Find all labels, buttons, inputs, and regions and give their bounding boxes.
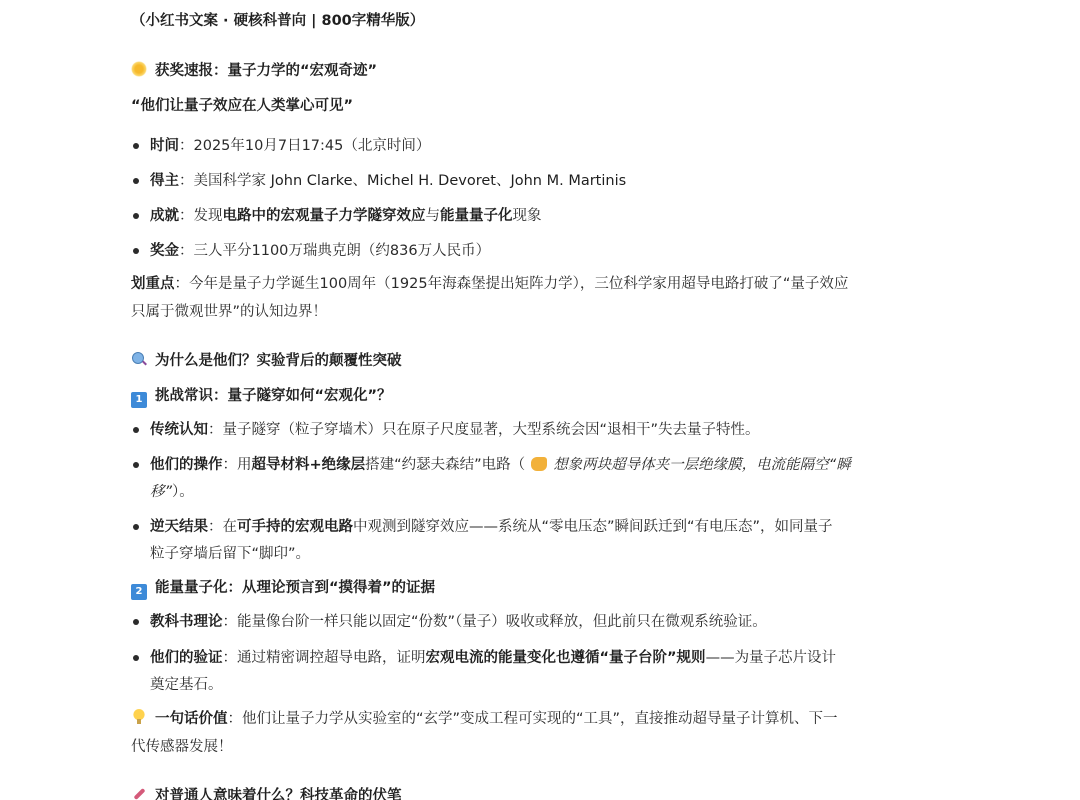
list-item: 教科书理论：能量像台阶一样只能以固定“份数”（量子）吸收或释放，但此前只在微观系… [150,612,767,632]
highlight-paragraph-cont: 只属于微观世界”的认知边界！ [131,302,327,322]
value-paragraph: 一句话价值：他们让量子力学从实验室的“玄学”变成工程可实现的“工具”，直接推动超… [131,709,838,729]
list-item: 成就：发现电路中的宏观量子力学隧穿效应与能量量子化现象 [150,206,542,226]
section2-heading: 为什么是他们？实验背后的颠覆性突破 [131,351,402,371]
list-item: 逆天结果：在可手持的宏观电路中观测到隧穿效应——系统从“零电压态”瞬间跃迁到“有… [150,517,833,537]
bullet [133,248,139,254]
bullet [133,213,139,219]
list-item: 奖金：三人平分1100万瑞典克朗（约836万人民币） [150,241,490,261]
bullet [133,462,139,468]
sun-icon [131,61,147,77]
lightbulb-icon [131,709,147,725]
bullet [133,427,139,433]
bullet [133,619,139,625]
number-1-icon: 1 [131,392,147,408]
magnifier-icon [131,351,147,367]
list-item-cont: 奠定基石。 [150,675,223,695]
subsection1-heading: 1挑战常识：量子隧穿如何“宏观化”？ [131,386,392,408]
rocket-icon [131,786,147,800]
list-item: 他们的操作：用超导材料+绝缘层搭建“约瑟夫森结”电路（想象两块超导体夹一层绝缘膜… [150,455,851,475]
list-item-cont: 移”）。 [150,482,194,502]
subtitle: （小红书文案 · 硬核科普向 | 800字精华版） [131,11,424,31]
bullet [133,655,139,661]
highlight-paragraph: 划重点：今年是量子力学诞生100周年（1925年海森堡提出矩阵力学），三位科学家… [131,274,848,294]
section1-quote: “他们让量子效应在人类掌心可见” [131,96,353,116]
list-item: 得主：美国科学家 John Clarke、Michel H. Devoret、J… [150,171,626,191]
bullet [133,524,139,530]
list-item: 他们的验证：通过精密调控超导电路，证明宏观电流的能量变化也遵循“量子台阶”规则—… [150,648,836,668]
pointing-hand-icon [531,457,547,471]
subsection2-heading: 2能量量子化：从理论预言到“摸得着”的证据 [131,578,435,600]
section1-heading: 获奖速报：量子力学的“宏观奇迹” [131,61,377,81]
value-paragraph-cont: 代传感器发展！ [131,737,233,757]
number-2-icon: 2 [131,584,147,600]
bullet [133,178,139,184]
section3-heading: 对普通人意味着什么？科技革命的伏笔 [131,786,402,800]
bullet [133,143,139,149]
list-item-cont: 粒子穿墙后留下“脚印”。 [150,544,310,564]
list-item: 时间：2025年10月7日17:45（北京时间） [150,136,430,156]
list-item: 传统认知：量子隧穿（粒子穿墙术）只在原子尺度显著，大型系统会因“退相干”失去量子… [150,420,760,440]
